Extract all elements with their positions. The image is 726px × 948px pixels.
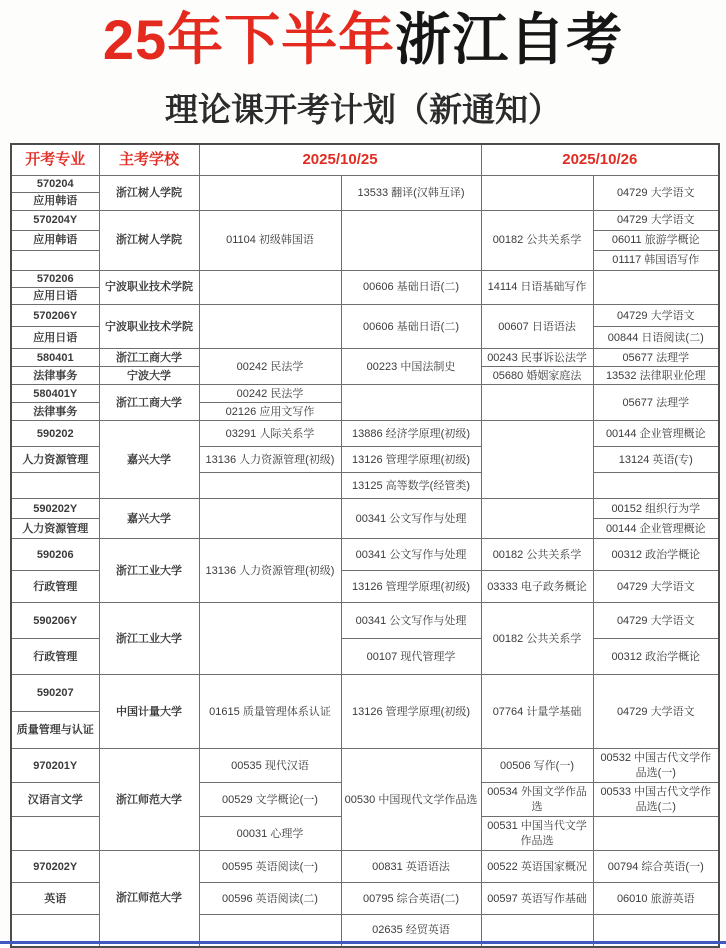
- header-date-oct26: 2025/10/26: [481, 144, 719, 176]
- course-cell: 04729 大学语文: [593, 675, 719, 749]
- table-row: 580401浙江工商大学00242 民法学00223 中国法制史00243 民事…: [11, 349, 719, 367]
- course-cell: 00243 民事诉讼法学: [481, 349, 593, 367]
- school-cell: 宁波职业技术学院: [99, 305, 199, 349]
- course-cell: [593, 270, 719, 305]
- course-cell: 04729 大学语文: [593, 571, 719, 603]
- table-row: 570206Y宁波职业技术学院00606 基础日语(二)00607 日语语法04…: [11, 305, 719, 327]
- course-cell: 13124 英语(专): [593, 447, 719, 473]
- course-cell: 00506 写作(一): [481, 749, 593, 783]
- course-cell: 13136 人力资源管理(初级): [199, 447, 341, 473]
- bottom-blue-divider: [0, 941, 726, 944]
- course-cell: 00182 公共关系学: [481, 210, 593, 270]
- course-cell: [199, 499, 341, 539]
- table-header-row: 开考专业 主考学校 2025/10/25 2025/10/26: [11, 144, 719, 176]
- major-code-cell: 590202Y: [11, 499, 99, 519]
- table-row: 580401Y浙江工商大学00242 民法学05677 法理学: [11, 385, 719, 403]
- course-cell: 13126 管理学原理(初级): [341, 675, 481, 749]
- school-cell: 浙江工商大学: [99, 385, 199, 421]
- course-cell: 00531 中国当代文学作品选: [481, 817, 593, 851]
- school-cell: 宁波大学: [99, 367, 199, 385]
- course-cell: 00031 心理学: [199, 817, 341, 851]
- course-cell: [199, 473, 341, 499]
- major-code-cell: 590207: [11, 675, 99, 712]
- course-cell: 13532 法律职业伦理: [593, 367, 719, 385]
- course-cell: [593, 473, 719, 499]
- course-cell: 00341 公文写作与处理: [341, 539, 481, 571]
- major-code-cell: 970201Y: [11, 749, 99, 783]
- school-cell: 浙江工商大学: [99, 349, 199, 367]
- table-row: 590206浙江工业大学13136 人力资源管理(初级)00341 公文写作与处…: [11, 539, 719, 571]
- major-code-cell: 970202Y: [11, 851, 99, 883]
- course-cell: 05677 法理学: [593, 385, 719, 421]
- course-cell: 00534 外国文学作品选: [481, 783, 593, 817]
- major-code-cell: 法律事务: [11, 367, 99, 385]
- major-code-cell: [11, 817, 99, 851]
- school-cell: 嘉兴大学: [99, 499, 199, 539]
- course-cell: 00312 政治学概论: [593, 639, 719, 675]
- course-cell: 04729 大学语文: [593, 305, 719, 327]
- course-cell: 05680 婚姻家庭法: [481, 367, 593, 385]
- course-cell: 02126 应用文写作: [199, 403, 341, 421]
- course-cell: 04729 大学语文: [593, 210, 719, 230]
- table-row: 970202Y浙江师范大学00595 英语阅读(一)00831 英语语法0052…: [11, 851, 719, 883]
- school-cell: 中国计量大学: [99, 675, 199, 749]
- exam-table-body: 570204浙江树人学院13533 翻译(汉韩互译)04729 大学语文应用韩语…: [11, 176, 719, 947]
- course-cell: 00794 综合英语(一): [593, 851, 719, 883]
- exam-plan-table: 开考专业 主考学校 2025/10/25 2025/10/26 570204浙江…: [10, 143, 720, 948]
- school-cell: 浙江师范大学: [99, 749, 199, 851]
- course-cell: 13126 管理学原理(初级): [341, 447, 481, 473]
- course-cell: 13126 管理学原理(初级): [341, 571, 481, 603]
- table-row: 570206宁波职业技术学院00606 基础日语(二)14114 日语基础写作: [11, 270, 719, 287]
- course-cell: 00182 公共关系学: [481, 603, 593, 675]
- major-code-cell: 570204: [11, 176, 99, 193]
- course-cell: 00242 民法学: [199, 349, 341, 385]
- page-title: 25年下半年浙江自考: [0, 6, 726, 74]
- table-row: 590202嘉兴大学03291 人际关系学13886 经济学原理(初级)0014…: [11, 421, 719, 447]
- course-cell: 00242 民法学: [199, 385, 341, 403]
- major-code-cell: 570206: [11, 270, 99, 287]
- table-row: 570204Y浙江树人学院01104 初级韩国语00182 公共关系学04729…: [11, 210, 719, 230]
- course-cell: [199, 176, 341, 211]
- course-cell: 00530 中国现代文学作品选: [341, 749, 481, 851]
- header-school: 主考学校: [99, 144, 199, 176]
- course-cell: 00341 公文写作与处理: [341, 499, 481, 539]
- course-cell: 13125 高等数学(经管类): [341, 473, 481, 499]
- major-code-cell: 人力资源管理: [11, 519, 99, 539]
- course-cell: 00597 英语写作基础: [481, 883, 593, 915]
- course-cell: [341, 385, 481, 421]
- page-subtitle: 理论课开考计划（新通知）: [0, 88, 726, 132]
- course-cell: [199, 270, 341, 305]
- school-cell: 宁波职业技术学院: [99, 270, 199, 305]
- page-title-black-part: 浙江自考: [395, 8, 623, 71]
- major-code-cell: 570204Y: [11, 210, 99, 230]
- major-code-cell: 应用日语: [11, 287, 99, 304]
- table-row: 590202Y嘉兴大学00341 公文写作与处理00152 组织行为学: [11, 499, 719, 519]
- course-cell: 00831 英语语法: [341, 851, 481, 883]
- major-code-cell: 590202: [11, 421, 99, 447]
- school-cell: 浙江工业大学: [99, 603, 199, 675]
- course-cell: 00522 英语国家概况: [481, 851, 593, 883]
- course-cell: 00607 日语语法: [481, 305, 593, 349]
- course-cell: 00533 中国古代文学作品选(二): [593, 783, 719, 817]
- course-cell: 00795 综合英语(二): [341, 883, 481, 915]
- major-code-cell: 行政管理: [11, 571, 99, 603]
- course-cell: 03333 电子政务概论: [481, 571, 593, 603]
- course-cell: 00223 中国法制史: [341, 349, 481, 385]
- major-code-cell: 质量管理与认证: [11, 712, 99, 749]
- course-cell: 00341 公文写作与处理: [341, 603, 481, 639]
- major-code-cell: 法律事务: [11, 403, 99, 421]
- major-code-cell: 580401Y: [11, 385, 99, 403]
- table-row: 970201Y浙江师范大学00535 现代汉语00530 中国现代文学作品选00…: [11, 749, 719, 783]
- course-cell: 03291 人际关系学: [199, 421, 341, 447]
- course-cell: [593, 817, 719, 851]
- course-cell: 00152 组织行为学: [593, 499, 719, 519]
- major-code-cell: [11, 250, 99, 270]
- major-code-cell: 应用日语: [11, 327, 99, 349]
- table-row: 590207中国计量大学01615 质量管理体系认证13126 管理学原理(初级…: [11, 675, 719, 712]
- major-code-cell: 人力资源管理: [11, 447, 99, 473]
- course-cell: 00532 中国古代文学作品选(一): [593, 749, 719, 783]
- major-code-cell: 行政管理: [11, 639, 99, 675]
- course-cell: 13533 翻译(汉韩互译): [341, 176, 481, 211]
- course-cell: 00606 基础日语(二): [341, 305, 481, 349]
- course-cell: 13886 经济学原理(初级): [341, 421, 481, 447]
- course-cell: 00596 英语阅读(二): [199, 883, 341, 915]
- course-cell: [481, 421, 593, 499]
- course-cell: 00144 企业管理概论: [593, 519, 719, 539]
- course-cell: 00535 现代汉语: [199, 749, 341, 783]
- course-cell: 01104 初级韩国语: [199, 210, 341, 270]
- course-cell: 06011 旅游学概论: [593, 230, 719, 250]
- school-cell: 浙江树人学院: [99, 210, 199, 270]
- course-cell: 14114 日语基础写作: [481, 270, 593, 305]
- major-code-cell: 应用韩语: [11, 193, 99, 210]
- school-cell: 浙江师范大学: [99, 851, 199, 947]
- course-cell: 04729 大学语文: [593, 176, 719, 211]
- course-cell: 00595 英语阅读(一): [199, 851, 341, 883]
- major-code-cell: 590206: [11, 539, 99, 571]
- course-cell: [481, 499, 593, 539]
- course-cell: [199, 305, 341, 349]
- major-code-cell: 汉语言文学: [11, 783, 99, 817]
- major-code-cell: 580401: [11, 349, 99, 367]
- course-cell: 01615 质量管理体系认证: [199, 675, 341, 749]
- course-cell: 00107 现代管理学: [341, 639, 481, 675]
- major-code-cell: [11, 473, 99, 499]
- major-code-cell: 570206Y: [11, 305, 99, 327]
- course-cell: 00312 政治学概论: [593, 539, 719, 571]
- table-row: 570204浙江树人学院13533 翻译(汉韩互译)04729 大学语文: [11, 176, 719, 193]
- table-row: 590206Y浙江工业大学00341 公文写作与处理00182 公共关系学047…: [11, 603, 719, 639]
- header-date-oct25: 2025/10/25: [199, 144, 481, 176]
- course-cell: 04729 大学语文: [593, 603, 719, 639]
- course-cell: 00144 企业管理概论: [593, 421, 719, 447]
- major-code-cell: 英语: [11, 883, 99, 915]
- course-cell: 00529 文学概论(一): [199, 783, 341, 817]
- course-cell: [199, 603, 341, 675]
- course-cell: 07764 计量学基础: [481, 675, 593, 749]
- course-cell: [481, 385, 593, 421]
- major-code-cell: 590206Y: [11, 603, 99, 639]
- course-cell: 00182 公共关系学: [481, 539, 593, 571]
- course-cell: [341, 210, 481, 270]
- course-cell: 13136 人力资源管理(初级): [199, 539, 341, 603]
- course-cell: 01117 韩国语写作: [593, 250, 719, 270]
- course-cell: 05677 法理学: [593, 349, 719, 367]
- school-cell: 浙江树人学院: [99, 176, 199, 211]
- course-cell: 00606 基础日语(二): [341, 270, 481, 305]
- school-cell: 浙江工业大学: [99, 539, 199, 603]
- page-title-red-part: 25年下半年: [103, 8, 395, 71]
- course-cell: [481, 176, 593, 211]
- major-code-cell: 应用韩语: [11, 230, 99, 250]
- header-major: 开考专业: [11, 144, 99, 176]
- course-cell: 06010 旅游英语: [593, 883, 719, 915]
- school-cell: 嘉兴大学: [99, 421, 199, 499]
- course-cell: 00844 日语阅读(二): [593, 327, 719, 349]
